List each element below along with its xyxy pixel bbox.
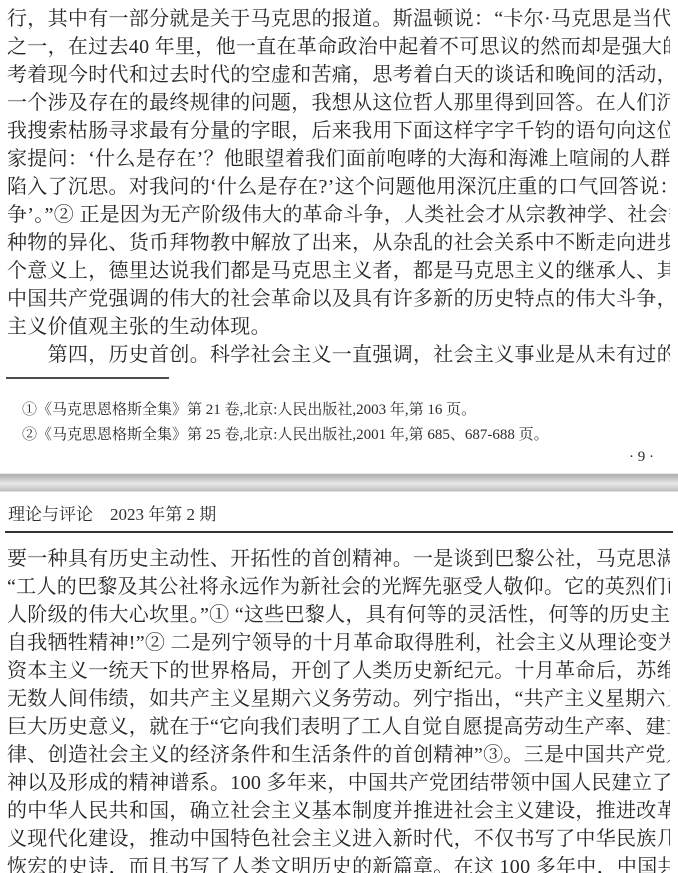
body-line: 陷入了沉思。对我问的‘什么是存在?’这个问题他用深沉庄重的口气回答说：‘斗 — [7, 173, 670, 201]
body-line: 中国共产党强调的伟大的社会革命以及具有许多新的历史特点的伟大斗争，都是科学社会 — [7, 285, 670, 313]
body-line: 的中华人民共和国，确立社会主义基本制度并推进社会主义建设，推进改革开放和社会主 — [7, 797, 670, 825]
page1-body: 行，其中有一部分就是关于马克思的报道。斯温顿说：“卡尔·马克思是当代最杰出的人物… — [0, 0, 678, 369]
footnote: ①《马克思恩格斯全集》第 21 卷,北京:人民出版社,2003 年,第 16 页… — [22, 398, 678, 423]
body-line: 律、创造社会主义的经济条件和生活条件的首创精神”③。三是中国共产党人的伟大建党精 — [7, 741, 670, 769]
body-line: 行，其中有一部分就是关于马克思的报道。斯温顿说：“卡尔·马克思是当代最杰出的人物 — [7, 5, 670, 33]
footnote: ②《马克思恩格斯全集》第 25 卷,北京:人民出版社,2001 年,第 685、… — [22, 423, 678, 448]
body-line: 无数人间伟绩，如共产主义星期六义务劳动。列宁指出，“共产主义星期六义务劳动”的 — [7, 685, 670, 713]
body-line: 家提问：‘什么是存在’？他眼望着我们面前咆哮的大海和海滩上喧闹的人群，一瞬间好像 — [7, 145, 670, 173]
body-line: 种物的异化、货币拜物教中解放了出来，从杂乱的社会关系中不断走向进步。也正是在这 — [7, 229, 670, 257]
journal-header: 理论与评论 2023 年第 2 期 — [5, 505, 673, 533]
body-line: 一个涉及存在的最终规律的问题，我想从这位哲人那里得到回答。在人们沉默下来的时候， — [7, 89, 670, 117]
journal-title-issue: 理论与评论 2023 年第 2 期 — [8, 505, 216, 524]
body-line: 个意义上，德里达说我们都是马克思主义者，都是马克思主义的继承人、其遗产的享用者。 — [7, 257, 670, 285]
body-line: 之一，在过去40 年里，他一直在革命政治中起着不可思议的然而却是强大的作用。”“… — [7, 33, 670, 61]
body-line: 第四，历史首创。科学社会主义一直强调，社会主义事业是从未有过的伟大事业，需 — [7, 341, 670, 369]
body-line: 自我牺牲精神!”② 二是列宁领导的十月革命取得胜利，社会主义从理论变为现实，打破… — [7, 629, 670, 657]
body-line: 恢宏的史诗，而且书写了人类文明历史的新篇章。在这 100 多年中，中国共产党带领… — [7, 853, 670, 873]
body-line: 神以及形成的精神谱系。100 多年来，中国共产党团结带领中国人民建立了人民当家作… — [7, 769, 670, 797]
page2-body: 要一种具有历史主动性、开拓性的首创精神。一是谈到巴黎公社，马克思满怀激情地指出：… — [0, 533, 678, 873]
body-line: 争’。”② 正是因为无产阶级伟大的革命斗争，人类社会才从宗教神学、社会等级秩序、… — [7, 201, 670, 229]
body-line: 主义价值观主张的生动体现。 — [7, 313, 670, 341]
page-separator — [0, 473, 678, 492]
body-line: 要一种具有历史主动性、开拓性的首创精神。一是谈到巴黎公社，马克思满怀激情地指出： — [7, 545, 670, 573]
body-line: 人阶级的伟大心坎里。”① “这些巴黎人，具有何等的灵活性，何等的历史主动性，何等… — [7, 601, 670, 629]
body-line: 资本主义一统天下的世界格局，开创了人类历史新纪元。十月革命后，苏维埃政权创造了 — [7, 657, 670, 685]
page-10: 理论与评论 2023 年第 2 期 要一种具有历史主动性、开拓性的首创精神。一是… — [0, 505, 678, 873]
scanned-journal-spread: 行，其中有一部分就是关于马克思的报道。斯温顿说：“卡尔·马克思是当代最杰出的人物… — [0, 0, 678, 873]
footnote-divider — [6, 377, 169, 379]
body-line: “工人的巴黎及其公社将永远作为新社会的光辉先驱受人敬仰。它的英烈们已永远铭记在工 — [7, 573, 670, 601]
body-line: 考着现今时代和过去时代的空虚和苦痛，思考着白天的谈话和晚间的活动，脑子里产生了 — [7, 61, 670, 89]
body-line: 义现代化建设，推动中国特色社会主义进入新时代，不仅书写了中华民族几千年历史上最 — [7, 825, 670, 853]
footnotes: ①《马克思恩格斯全集》第 21 卷,北京:人民出版社,2003 年,第 16 页… — [0, 398, 678, 448]
body-line: 巨大历史意义，就在于“它向我们表明了工人自觉自愿提高劳动生产率、建立新的劳动纪 — [7, 713, 670, 741]
page-9: 行，其中有一部分就是关于马克思的报道。斯温顿说：“卡尔·马克思是当代最杰出的人物… — [0, 0, 678, 465]
page-number: · 9 · — [0, 449, 678, 465]
body-line: 我搜索枯肠寻求最有分量的字眼，后来我用下面这样字字千钧的语句向这位革命家和哲学 — [7, 117, 670, 145]
